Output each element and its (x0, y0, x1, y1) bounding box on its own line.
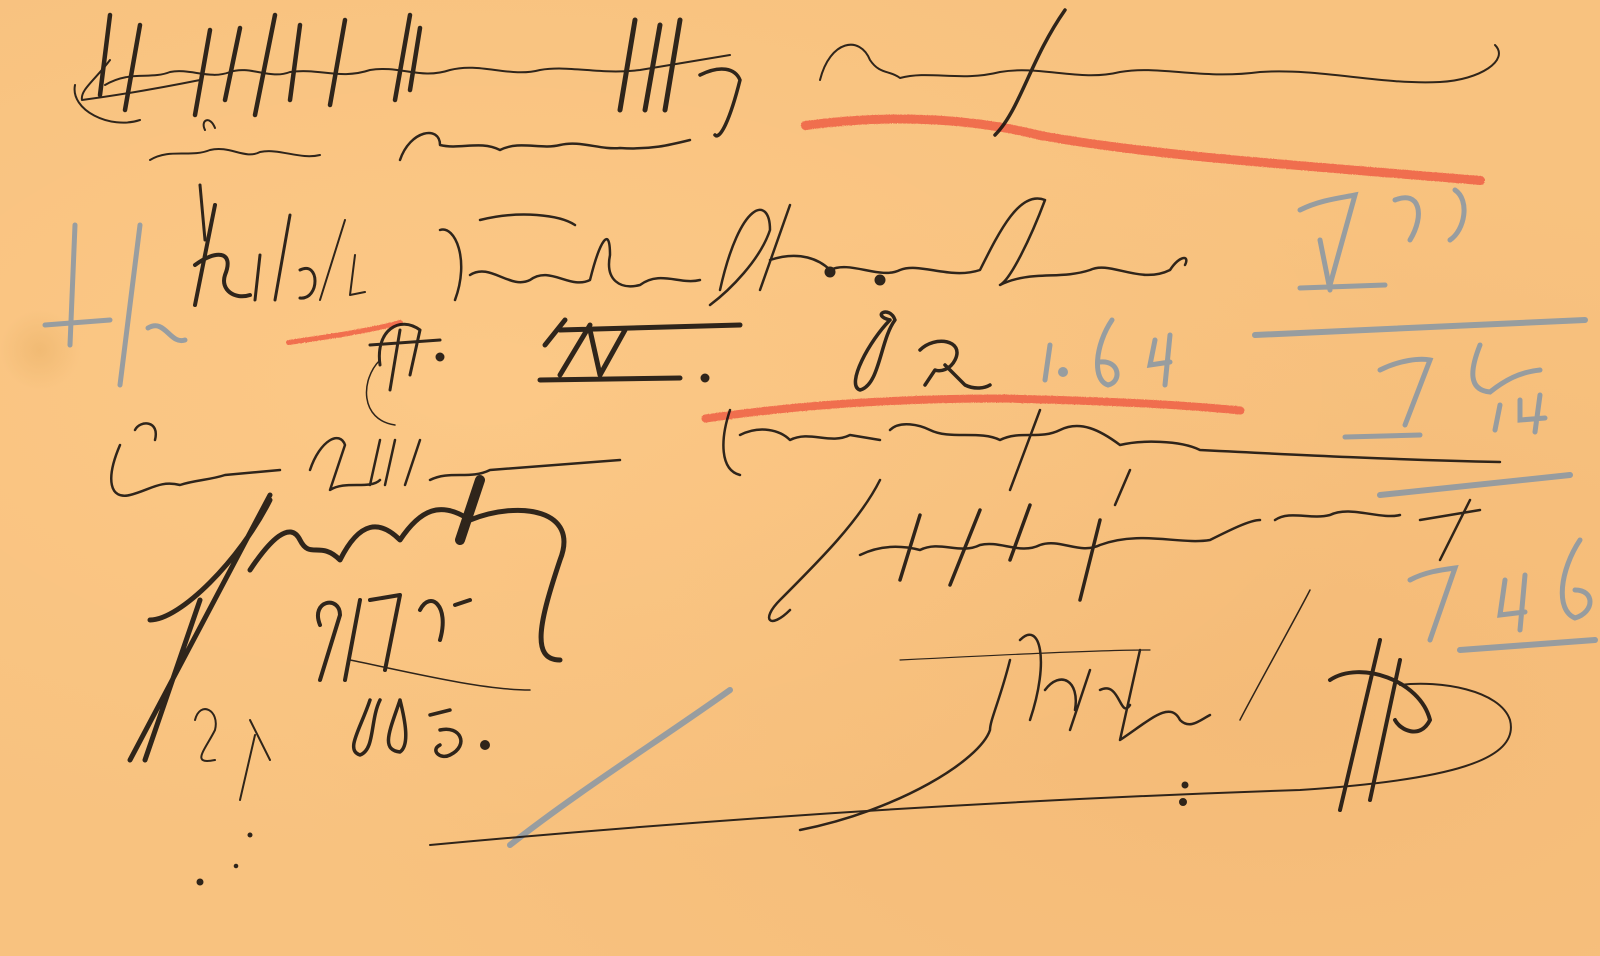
line-closing: Hochachtung[s]voll (840, 520, 1217, 558)
calc-total: 7.60 (1360, 345, 1458, 389)
calc-row-2: 1.22 (1300, 245, 1411, 295)
line-request: Ersuche erhöflichst zur Lieferung von (90, 45, 860, 85)
line-circa: circa (400, 130, 491, 166)
line-product-number: No VI. 8 R. (380, 330, 603, 370)
margin-quantity: 4½ (40, 260, 136, 320)
calc-row-1: 7.38 (1300, 185, 1411, 235)
signature: J. M. Hauffe (990, 670, 1255, 714)
calc-row-4: 7.46 (1400, 560, 1511, 610)
document-page: Ersuche erhöflichst zur Lieferung von ci… (0, 0, 1600, 956)
line-price-request: und billigsten Preis beizulegen. (110, 445, 718, 483)
calc-row-3: 1.14 (1400, 395, 1489, 435)
date-line-2: 2/7 885. (190, 700, 414, 754)
date-line-1: 31/8 (310, 600, 431, 654)
stamp-text: Fork (200, 500, 363, 570)
line-product: Kilo ¼ Vanille Chocolade (195, 240, 752, 284)
price-annotation: 1.64 (1040, 330, 1138, 374)
